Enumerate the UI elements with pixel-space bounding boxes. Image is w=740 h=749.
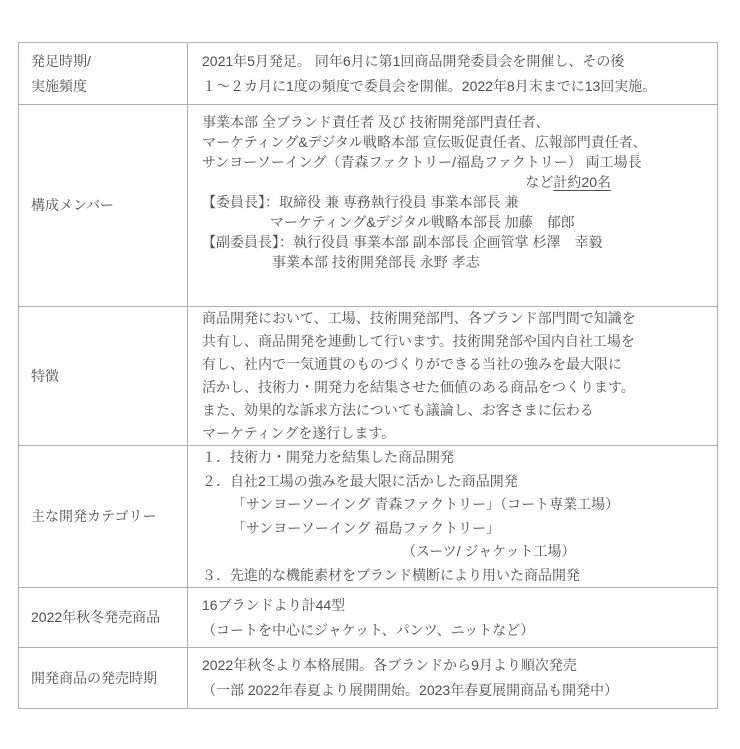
row-content-release-timing: 2022年秋冬より本格展開。各ブランドから9月より順次発売（一部 2022年春夏…: [188, 648, 717, 708]
content-line: 【副委員長】：執行役員 事業本部 副本部長 企画管掌 杉澤 幸毅: [202, 232, 703, 252]
line-text: マーケティングを遂行します。: [202, 425, 395, 441]
line-text: マーケティング&デジタル戦略本部長 加藤 郁郎: [270, 214, 575, 230]
content-line: 事業本部 全ブランド責任者 及び 技術開発部門責任者、: [202, 112, 703, 132]
content-line: マーケティングを遂行します。: [202, 422, 703, 445]
content-line: 活かし、技術力・開発力を結集させた価値のある商品をつくります。: [202, 376, 703, 399]
content-line: 2022年秋冬より本格展開。各ブランドから9月より順次発売: [202, 653, 703, 678]
row-header-text: 発足時期/: [31, 49, 179, 74]
content-line: 有し、社内で一気通貫のものづくりができる当社の強みを最大限に: [202, 353, 703, 376]
row-header-release-timing: 開発商品の発売時期: [19, 648, 188, 708]
line-text: 2022年秋冬より本格展開。各ブランドから9月より順次発売: [202, 657, 577, 673]
row-header-features: 特徴: [19, 307, 188, 445]
line-text: 16ブランドより計44型: [202, 597, 345, 613]
content-line: ２．自社2工場の強みを最大限に活かした商品開発: [202, 470, 703, 494]
content-line: （コートを中心にジャケット、パンツ、ニットなど）: [202, 618, 703, 643]
line-text: など: [525, 174, 553, 190]
line-text: 【委員長】：取締役 兼 専務執行役員 事業本部長 兼: [202, 194, 519, 210]
line-text: １～２カ月に1度の頻度で委員会を開催。2022年8月末までに13回実施。: [202, 78, 656, 94]
content-line: 事業本部 技術開発部長 永野 孝志: [202, 252, 703, 272]
content-line: また、効果的な訴求方法についても議論し、お客さまに伝わる: [202, 399, 703, 422]
row-header-text: 開発商品の発売時期: [31, 666, 179, 691]
content-line: 【委員長】：取締役 兼 専務執行役員 事業本部長 兼: [202, 192, 703, 212]
line-text: １．技術力・開発力を結集した商品開発: [202, 449, 454, 465]
content-line: マーケティング&デジタル戦略本部 宣伝販促責任者、広報部門責任者、: [202, 132, 703, 152]
content-line: 「サンヨーソーイング 青森ファクトリー」（コート専業工場）: [202, 493, 703, 517]
row-header-main-dev-categories: 主な開発カテゴリー: [19, 446, 188, 587]
row-content-launch-period: 2021年5月発足。 同年6月に第1回商品開発委員会を開催し、その後１～２カ月に…: [188, 43, 717, 104]
line-text: 2021年5月発足。 同年6月に第1回商品開発委員会を開催し、その後: [202, 53, 624, 69]
line-text: 「サンヨーソーイング 福島ファクトリー」: [232, 520, 500, 536]
table-row-main-dev-categories: 主な開発カテゴリー１．技術力・開発力を結集した商品開発２．自社2工場の強みを最大…: [19, 446, 717, 588]
content-line: （スーツ/ ジャケット工場）: [202, 540, 703, 564]
line-text: また、効果的な訴求方法についても議論し、お客さまに伝わる: [202, 402, 594, 418]
row-content-main-dev-categories: １．技術力・開発力を結集した商品開発２．自社2工場の強みを最大限に活かした商品開…: [188, 446, 717, 587]
line-text: サンヨーソーイング（青森ファクトリー/福島ファクトリー） 両工場長: [202, 154, 642, 170]
content-line: マーケティング&デジタル戦略本部長 加藤 郁郎: [202, 212, 703, 232]
row-header-launch-period: 発足時期/実施頻度: [19, 43, 188, 104]
table-row-release-timing: 開発商品の発売時期2022年秋冬より本格展開。各ブランドから9月より順次発売（一…: [19, 648, 717, 708]
line-text: 事業本部 技術開発部長 永野 孝志: [272, 254, 480, 270]
content-line: 2021年5月発足。 同年6月に第1回商品開発委員会を開催し、その後: [202, 49, 703, 74]
line-text: 商品開発において、工場、技術開発部門、各ブランド部門間で知識を: [202, 310, 636, 326]
content-line: 16ブランドより計44型: [202, 593, 703, 618]
content-line: １．技術力・開発力を結集した商品開発: [202, 446, 703, 470]
table-row-features: 特徴商品開発において、工場、技術開発部門、各ブランド部門間で知識を共有し、商品開…: [19, 307, 717, 446]
page: 発足時期/実施頻度2021年5月発足。 同年6月に第1回商品開発委員会を開催し、…: [0, 0, 740, 749]
row-header-members: 構成メンバー: [19, 105, 188, 306]
line-text: （スーツ/ ジャケット工場）: [402, 543, 576, 559]
row-content-members: 事業本部 全ブランド責任者 及び 技術開発部門責任者、マーケティング&デジタル戦…: [188, 105, 717, 306]
row-header-text: 特徴: [31, 364, 179, 389]
line-text: 「サンヨーソーイング 青森ファクトリー」（コート専業工場）: [232, 496, 619, 512]
content-line: （一部 2022年春夏より展開開始。2023年春夏展開商品も開発中）: [202, 678, 703, 703]
line-text: マーケティング&デジタル戦略本部 宣伝販促責任者、広報部門責任者、: [202, 134, 647, 150]
row-header-text: 構成メンバー: [31, 193, 179, 218]
content-line: 「サンヨーソーイング 福島ファクトリー」: [202, 517, 703, 541]
content-line: １～２カ月に1度の頻度で委員会を開催。2022年8月末までに13回実施。: [202, 74, 703, 99]
line-text: ３．先進的な機能素材をブランド横断により用いた商品開発: [202, 567, 580, 583]
committee-info-table: 発足時期/実施頻度2021年5月発足。 同年6月に第1回商品開発委員会を開催し、…: [18, 42, 718, 709]
table-row-launch-period: 発足時期/実施頻度2021年5月発足。 同年6月に第1回商品開発委員会を開催し、…: [19, 43, 717, 105]
content-line: ３．先進的な機能素材をブランド横断により用いた商品開発: [202, 564, 703, 588]
table-row-members: 構成メンバー事業本部 全ブランド責任者 及び 技術開発部門責任者、マーケティング…: [19, 105, 717, 307]
content-line: サンヨーソーイング（青森ファクトリー/福島ファクトリー） 両工場長: [202, 152, 703, 172]
row-content-fw2022-products: 16ブランドより計44型（コートを中心にジャケット、パンツ、ニットなど）: [188, 588, 717, 647]
content-line: 商品開発において、工場、技術開発部門、各ブランド部門間で知識を: [202, 307, 703, 330]
line-text: 活かし、技術力・開発力を結集させた価値のある商品をつくります。: [202, 379, 635, 395]
line-text: 有し、社内で一気通貫のものづくりができる当社の強みを最大限に: [202, 356, 622, 372]
table-row-fw2022-products: 2022年秋冬発売商品16ブランドより計44型（コートを中心にジャケット、パンツ…: [19, 588, 717, 648]
row-header-text: 2022年秋冬発売商品: [31, 605, 179, 630]
content-line: 共有し、商品開発を連動して行います。技術開発部や国内自社工場を: [202, 330, 703, 353]
row-content-features: 商品開発において、工場、技術開発部門、各ブランド部門間で知識を共有し、商品開発を…: [188, 307, 717, 445]
content-line: など計約20名: [202, 172, 703, 192]
row-header-text: 実施頻度: [31, 74, 179, 99]
line-text: 【副委員長】：執行役員 事業本部 副本部長 企画管掌 杉澤 幸毅: [202, 234, 603, 250]
line-text: （一部 2022年春夏より展開開始。2023年春夏展開商品も開発中）: [202, 682, 618, 698]
line-text: ２．自社2工場の強みを最大限に活かした商品開発: [202, 473, 518, 489]
row-header-fw2022-products: 2022年秋冬発売商品: [19, 588, 188, 647]
underlined-text: 計約20名: [553, 174, 611, 190]
line-text: （コートを中心にジャケット、パンツ、ニットなど）: [202, 622, 534, 638]
row-header-text: 主な開発カテゴリー: [31, 504, 179, 529]
line-text: 事業本部 全ブランド責任者 及び 技術開発部門責任者、: [202, 114, 550, 130]
line-text: 共有し、商品開発を連動して行います。技術開発部や国内自社工場を: [202, 333, 635, 349]
